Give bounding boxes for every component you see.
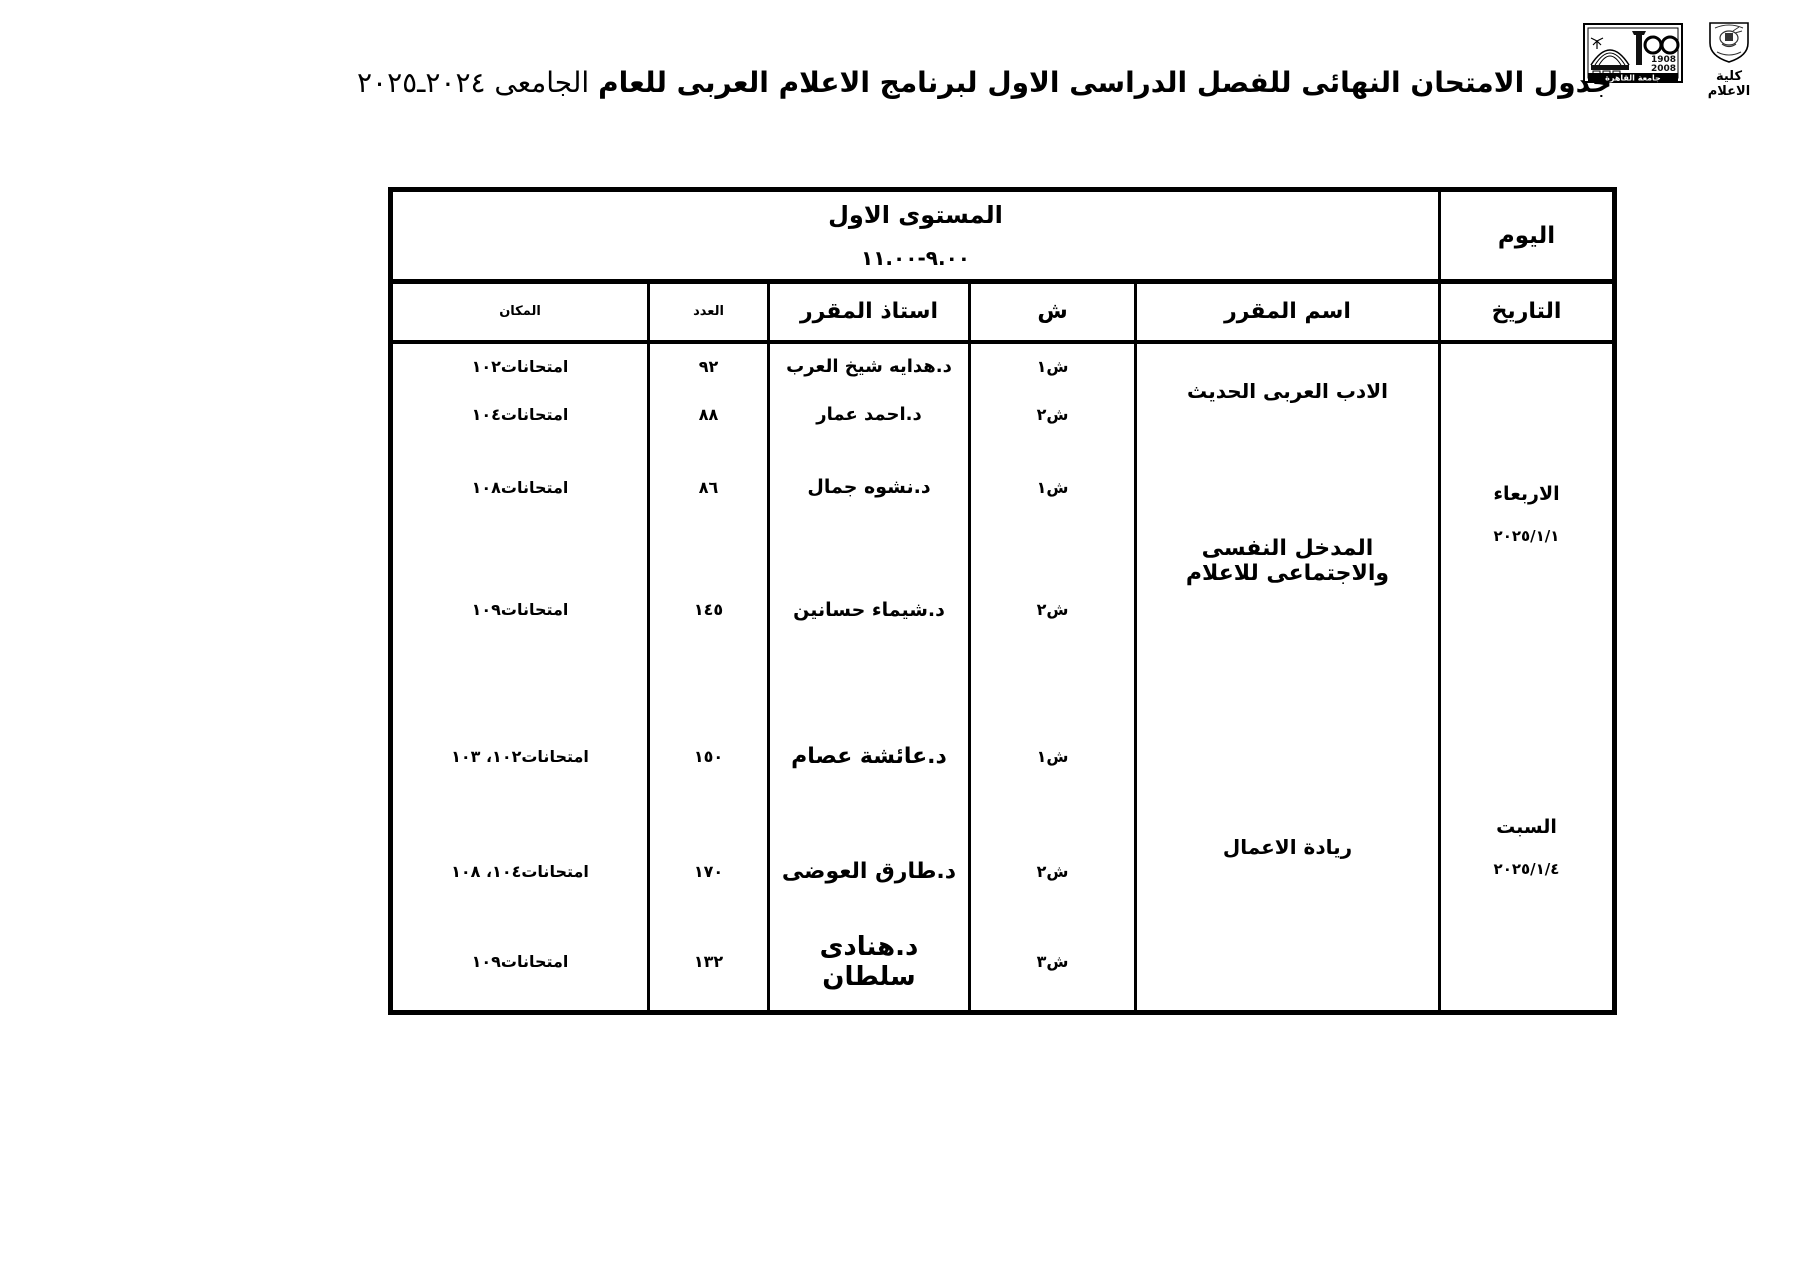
course-cell-arabic-literature: الادب العربى الحديث (1136, 342, 1440, 439)
section-cell: ش٢ (970, 536, 1136, 684)
professor-cell: د.احمد عمار (769, 390, 970, 439)
title-main-text: جدول الامتحان النهائى للفصل الدراسى الاو… (598, 66, 1612, 99)
col-header-place: المكان (391, 282, 649, 342)
day-cell-saturday: السبت ٢٠٢٥/١/٤ (1440, 684, 1615, 1013)
course-cell-entrepreneurship: ريادة الاعمال (1136, 684, 1440, 1013)
col-header-date: التاريخ (1440, 282, 1615, 342)
col-header-professor: استاذ المقرر (769, 282, 970, 342)
faculty-logo: كلية الاعلام (1694, 20, 1764, 99)
day-date: ٢٠٢٥/١/٤ (1445, 860, 1608, 878)
level-title: المستوى الاول (397, 201, 1434, 229)
centenary-year-2008: 2008 (1651, 64, 1676, 74)
table-row: الاربعاء ٢٠٢٥/١/١ الادب العربى الحديث ش١… (391, 342, 1615, 390)
professor-cell: د.هدايه شيخ العرب (769, 342, 970, 390)
place-cell: امتحانات١٠٤، ١٠٨ (391, 830, 649, 914)
section-cell: ش٣ (970, 914, 1136, 1013)
level-header-cell: المستوى الاول ٩.٠٠-١١.٠٠ (391, 190, 1440, 282)
professor-cell: د.عائشة عصام (769, 684, 970, 830)
place-cell: امتحانات١٠٩ (391, 536, 649, 684)
col-header-section: ش (970, 282, 1136, 342)
count-cell: ١٣٢ (649, 914, 769, 1013)
title-year-text: الجامعى ٢٠٢٤ـ٢٠٢٥ (357, 66, 589, 99)
university-banner-text: جامعة القاهرة (1605, 74, 1661, 83)
count-cell: ١٥٠ (649, 684, 769, 830)
university-centenary-icon: 1908 2008 جامعة القاهرة (1583, 23, 1683, 83)
place-cell: امتحانات١٠٢، ١٠٣ (391, 684, 649, 830)
professor-cell: د.نشوه جمال (769, 439, 970, 536)
place-cell: امتحانات١٠٤ (391, 390, 649, 439)
day-name: السبت (1445, 816, 1608, 838)
faculty-label: كلية الاعلام (1694, 69, 1764, 99)
place-cell: امتحانات١٠٢ (391, 342, 649, 390)
count-cell: ٨٦ (649, 439, 769, 536)
day-header-cell: اليوم (1440, 190, 1615, 282)
day-cell-wednesday: الاربعاء ٢٠٢٥/١/١ (1440, 342, 1615, 684)
place-cell: امتحانات١٠٩ (391, 914, 649, 1013)
count-cell: ٨٨ (649, 390, 769, 439)
day-date: ٢٠٢٥/١/١ (1445, 527, 1608, 545)
section-cell: ش١ (970, 439, 1136, 536)
count-cell: ١٧٠ (649, 830, 769, 914)
header-row-columns: التاريخ اسم المقرر ش استاذ المقرر العدد … (391, 282, 1615, 342)
section-cell: ش٢ (970, 830, 1136, 914)
professor-cell: د.هنادى سلطان (769, 914, 970, 1013)
course-cell-psych-social-intro: المدخل النفسى والاجتماعى للاعلام (1136, 439, 1440, 684)
place-cell: امتحانات١٠٨ (391, 439, 649, 536)
faculty-shield-icon (1705, 20, 1753, 64)
document-page: جدول الامتحان النهائى للفصل الدراسى الاو… (0, 0, 1800, 1273)
professor-cell: د.طارق العوضى (769, 830, 970, 914)
exam-schedule-table: اليوم المستوى الاول ٩.٠٠-١١.٠٠ التاريخ ا… (388, 187, 1617, 1015)
day-name: الاربعاء (1445, 483, 1608, 505)
count-cell: ١٤٥ (649, 536, 769, 684)
col-header-count: العدد (649, 282, 769, 342)
section-cell: ش١ (970, 342, 1136, 390)
section-cell: ش١ (970, 684, 1136, 830)
section-cell: ش٢ (970, 390, 1136, 439)
col-header-course: اسم المقرر (1136, 282, 1440, 342)
cairo-university-logo: 1908 2008 جامعة القاهرة (1583, 23, 1683, 87)
page-title: جدول الامتحان النهائى للفصل الدراسى الاو… (388, 66, 1612, 99)
level-time: ٩.٠٠-١١.٠٠ (397, 246, 1434, 270)
table-row: المدخل النفسى والاجتماعى للاعلام ش١ د.نش… (391, 439, 1615, 536)
professor-cell: د.شيماء حسانين (769, 536, 970, 684)
table-row: السبت ٢٠٢٥/١/٤ ريادة الاعمال ش١ د.عائشة … (391, 684, 1615, 830)
header-row-level: اليوم المستوى الاول ٩.٠٠-١١.٠٠ (391, 190, 1615, 282)
count-cell: ٩٢ (649, 342, 769, 390)
